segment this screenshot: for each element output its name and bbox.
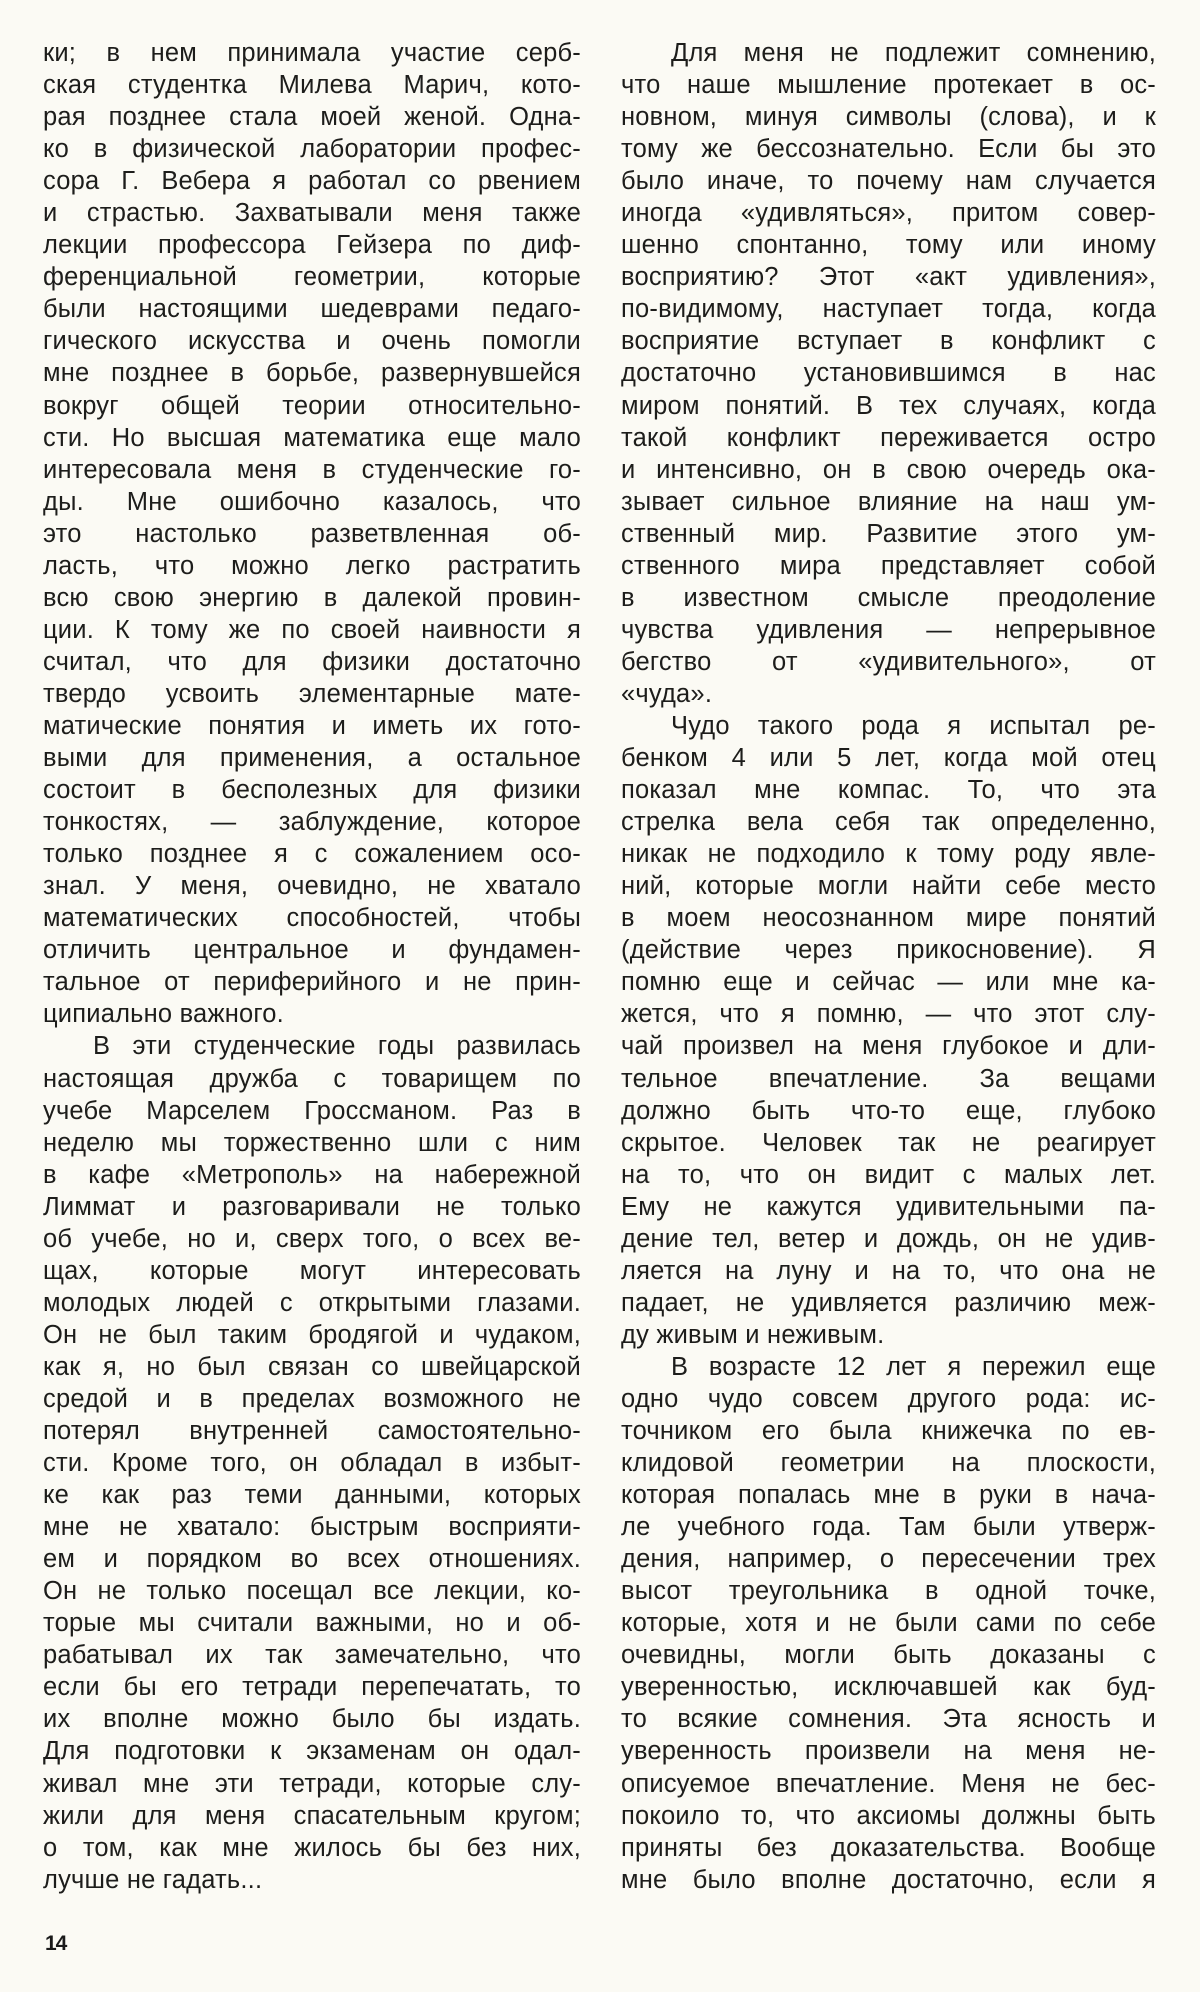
text-line: Лиммат и разговаривали не только <box>43 1191 581 1223</box>
text-line: дения, например, о пересечении трех <box>621 1543 1156 1575</box>
text-line: в кафе «Метрополь» на набережной <box>43 1159 581 1191</box>
text-line: бенком 4 или 5 лет, когда мой отец <box>621 742 1156 774</box>
text-line: состоит в бесполезных для физики <box>43 774 581 806</box>
text-line: дение тел, ветер и дождь, он не удив- <box>621 1223 1156 1255</box>
text-line: в моем неосознанном мире понятий <box>621 902 1156 934</box>
text-line: чувства удивления — непрерывное <box>621 614 1156 646</box>
text-line: Чудо такого рода я испытал ре- <box>621 710 1156 742</box>
text-line: настоящая дружба с товарищем по <box>43 1063 581 1095</box>
text-line: Он не только посещал все лекции, ко- <box>43 1575 581 1607</box>
text-line: живал мне эти тетради, которые слу- <box>43 1768 581 1800</box>
text-line: рая позднее стала моей женой. Одна- <box>43 101 581 133</box>
text-line: показал мне компас. То, что эта <box>621 774 1156 806</box>
text-line: всю свою энергию в далекой провин- <box>43 582 581 614</box>
text-line: и страстью. Захватывали меня также <box>43 197 581 229</box>
text-line: покоило то, что аксиомы должны быть <box>621 1800 1156 1832</box>
text-line: торые мы считали важными, но и об- <box>43 1607 581 1639</box>
text-line: восприятие вступает в конфликт с <box>621 325 1156 357</box>
text-line: потерял внутренней самостоятельно- <box>43 1415 581 1447</box>
text-line: уверенность произвели на меня не- <box>621 1735 1156 1767</box>
text-line: (действие через прикосновение). Я <box>621 934 1156 966</box>
text-line: описуемое впечатление. Меня не бес- <box>621 1768 1156 1800</box>
text-line: только позднее я с сожалением осо- <box>43 838 581 870</box>
text-line: мне было вполне достаточно, если я <box>621 1864 1156 1896</box>
text-line: тонкостях, — заблуждение, которое <box>43 806 581 838</box>
text-line: ласть, что можно легко растратить <box>43 550 581 582</box>
text-line: и интенсивно, он в свою очередь ока- <box>621 454 1156 486</box>
text-line: мне позднее в борьбе, развернувшейся <box>43 357 581 389</box>
page-number: 14 <box>45 1932 66 1956</box>
text-line: считал, что для физики достаточно <box>43 646 581 678</box>
text-line: средой и в пределах возможного не <box>43 1383 581 1415</box>
text-line: об учебе, но и, сверх того, о всех ве- <box>43 1223 581 1255</box>
text-line: ду живым и неживым. <box>621 1319 1156 1351</box>
text-line: скрытое. Человек так не реагирует <box>621 1127 1156 1159</box>
text-line: на то, что он видит с малых лет. <box>621 1159 1156 1191</box>
text-line: которые, хотя и не были сами по себе <box>621 1607 1156 1639</box>
text-line: сти. Кроме того, он обладал в избыт- <box>43 1447 581 1479</box>
text-line: зывает сильное влияние на наш ум- <box>621 486 1156 518</box>
text-line: ний, которые могли найти себе место <box>621 870 1156 902</box>
text-line: иногда «удивляться», притом совер- <box>621 197 1156 229</box>
text-line: чай произвел на меня глубокое и дли- <box>621 1030 1156 1062</box>
text-line: щах, которые могут интересовать <box>43 1255 581 1287</box>
text-column-right: Для меня не подлежит сомнению,что наше м… <box>621 37 1156 1896</box>
text-line: рабатывал их так замечательно, что <box>43 1639 581 1671</box>
text-line: о том, как мне жилось бы без них, <box>43 1832 581 1864</box>
text-line: ле учебного года. Там были утверж- <box>621 1511 1156 1543</box>
text-line: тельное впечатление. За вещами <box>621 1063 1156 1095</box>
text-line: ственного мира представляет собой <box>621 550 1156 582</box>
text-line: должно быть что-то еще, глубоко <box>621 1095 1156 1127</box>
text-line: ляется на луну и на то, что она не <box>621 1255 1156 1287</box>
text-line: точником его была книжечка по ев- <box>621 1415 1156 1447</box>
text-line: «чуда». <box>621 678 1156 710</box>
text-line: приняты без доказательства. Вообще <box>621 1832 1156 1864</box>
text-line: одно чудо совсем другого рода: ис- <box>621 1383 1156 1415</box>
text-line: это настолько разветвленная об- <box>43 518 581 550</box>
text-line: мне не хватало: быстрым восприяти- <box>43 1511 581 1543</box>
text-line: В возрасте 12 лет я пережил еще <box>621 1351 1156 1383</box>
text-line: было иначе, то почему нам случается <box>621 165 1156 197</box>
text-line: очевидны, могли быть доказаны с <box>621 1639 1156 1671</box>
text-line: достаточно установившимся в нас <box>621 357 1156 389</box>
text-line: жили для меня спасательным кругом; <box>43 1800 581 1832</box>
text-line: лучше не гадать... <box>43 1864 581 1896</box>
text-line: ды. Мне ошибочно казалось, что <box>43 486 581 518</box>
text-line: Для подготовки к экзаменам он одал- <box>43 1735 581 1767</box>
text-line: шенно спонтанно, тому или иному <box>621 229 1156 261</box>
text-line: ференциальной геометрии, которые <box>43 261 581 293</box>
book-page: ки; в нем принимала участие серб-ская ст… <box>0 0 1200 1992</box>
text-line: миром понятий. В тех случаях, когда <box>621 390 1156 422</box>
text-line: гического искусства и очень помогли <box>43 325 581 357</box>
text-line: отличить центральное и фундамен- <box>43 934 581 966</box>
text-line: тому же бессознательно. Если бы это <box>621 133 1156 165</box>
text-line: их вполне можно было бы издать. <box>43 1703 581 1735</box>
text-line: новном, минуя символы (слова), и к <box>621 101 1156 133</box>
text-line: ке как раз теми данными, которых <box>43 1479 581 1511</box>
text-line: клидовой геометрии на плоскости, <box>621 1447 1156 1479</box>
text-line: Ему не кажутся удивительными па- <box>621 1191 1156 1223</box>
text-line: восприятию? Этот «акт удивления», <box>621 261 1156 293</box>
text-line: ципиально важного. <box>43 998 581 1030</box>
text-line: Для меня не подлежит сомнению, <box>621 37 1156 69</box>
text-line: по-видимому, наступает тогда, когда <box>621 293 1156 325</box>
text-line: В эти студенческие годы развилась <box>43 1030 581 1062</box>
text-line: стрелка вела себя так определенно, <box>621 806 1156 838</box>
text-line: то всякие сомнения. Эта ясность и <box>621 1703 1156 1735</box>
text-column-left: ки; в нем принимала участие серб-ская ст… <box>43 37 581 1896</box>
text-line: выми для применения, а остальное <box>43 742 581 774</box>
text-line: математических способностей, чтобы <box>43 902 581 934</box>
text-line: знал. У меня, очевидно, не хватало <box>43 870 581 902</box>
text-line: сти. Но высшая математика еще мало <box>43 422 581 454</box>
text-line: матические понятия и иметь их гото- <box>43 710 581 742</box>
text-line: лекции профессора Гейзера по диф- <box>43 229 581 261</box>
text-line: были настоящими шедеврами педаго- <box>43 293 581 325</box>
text-line: которая попалась мне в руки в нача- <box>621 1479 1156 1511</box>
text-line: ко в физической лаборатории профес- <box>43 133 581 165</box>
text-line: учебе Марселем Гроссманом. Раз в <box>43 1095 581 1127</box>
text-line: такой конфликт переживается остро <box>621 422 1156 454</box>
text-line: сора Г. Вебера я работал со рвением <box>43 165 581 197</box>
text-line: жется, что я помню, — что этот слу- <box>621 998 1156 1030</box>
text-line: в известном смысле преодоление <box>621 582 1156 614</box>
text-line: высот треугольника в одной точке, <box>621 1575 1156 1607</box>
text-line: ская студентка Милева Марич, кото- <box>43 69 581 101</box>
text-line: ции. К тому же по своей наивности я <box>43 614 581 646</box>
text-line: если бы его тетради перепечатать, то <box>43 1671 581 1703</box>
text-line: ственный мир. Развитие этого ум- <box>621 518 1156 550</box>
text-line: тальное от периферийного и не прин- <box>43 966 581 998</box>
text-line: вокруг общей теории относительно- <box>43 390 581 422</box>
text-line: падает, не удивляется различию меж- <box>621 1287 1156 1319</box>
text-line: никак не подходило к тому роду явле- <box>621 838 1156 870</box>
text-line: ем и порядком во всех отношениях. <box>43 1543 581 1575</box>
text-line: ки; в нем принимала участие серб- <box>43 37 581 69</box>
text-line: помню еще и сейчас — или мне ка- <box>621 966 1156 998</box>
text-line: что наше мышление протекает в ос- <box>621 69 1156 101</box>
text-line: неделю мы торжественно шли с ним <box>43 1127 581 1159</box>
text-line: молодых людей с открытыми глазами. <box>43 1287 581 1319</box>
text-line: как я, но был связан со швейцарской <box>43 1351 581 1383</box>
text-line: уверенностью, исключавшей как буд- <box>621 1671 1156 1703</box>
text-line: бегство от «удивительного», от <box>621 646 1156 678</box>
text-line: Он не был таким бродягой и чудаком, <box>43 1319 581 1351</box>
text-line: интересовала меня в студенческие го- <box>43 454 581 486</box>
text-line: твердо усвоить элементарные мате- <box>43 678 581 710</box>
